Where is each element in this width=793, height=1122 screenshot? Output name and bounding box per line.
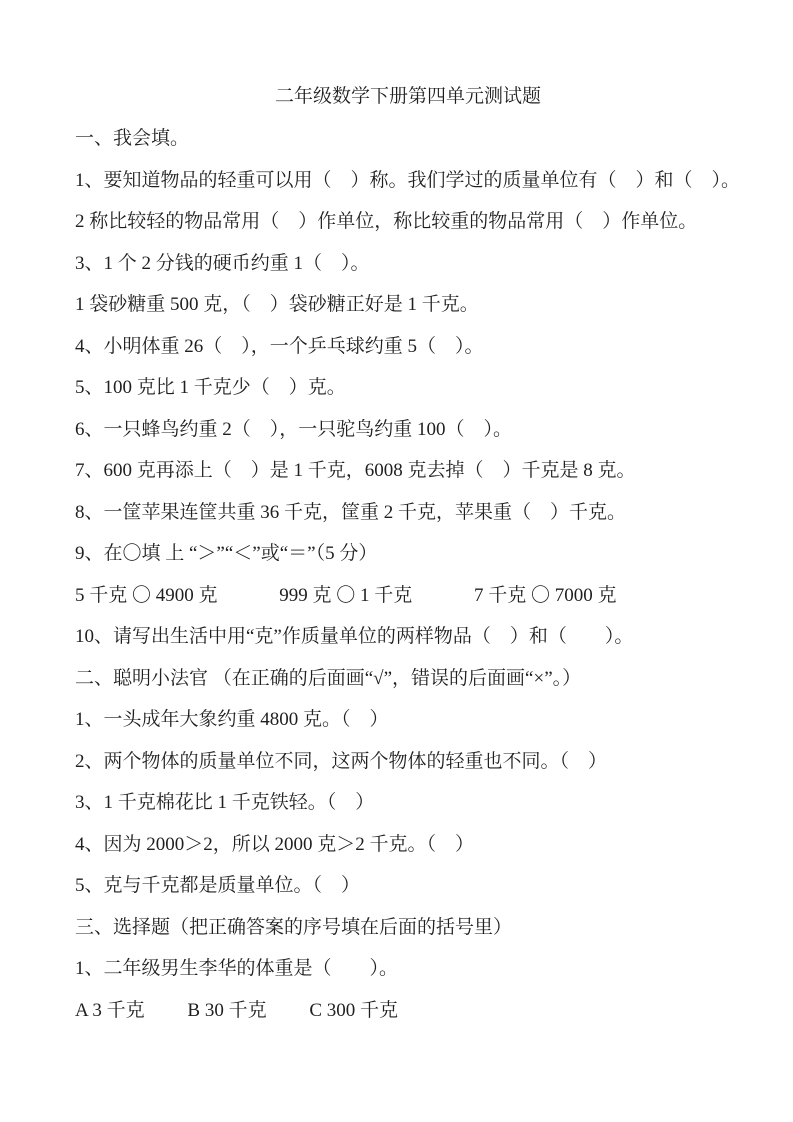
fill-q2: 2 称比较轻的物品常用（ ）作单位，称比较重的物品常用（ ）作单位。 [75,201,741,243]
fill-q5: 5、100 克比 1 千克少（ ）克。 [75,367,741,409]
fill-q1: 1、要知道物品的轻重可以用（ ）称。我们学过的质量单位有（ ）和（ ）。 [75,160,741,202]
document-title: 二年级数学下册第四单元测试题 [75,76,741,118]
section-heading-choice: 三、选择题（把正确答案的序号填在后面的括号里） [75,907,741,949]
worksheet-page: 二年级数学下册第四单元测试题 一、我会填。 1、要知道物品的轻重可以用（ ）称。… [0,0,793,1122]
fill-q4: 4、小明体重 26（ ），一个乒乓球约重 5（ ）。 [75,326,741,368]
choice-q1: 1、二年级男生李华的体重是（ ）。 [75,948,741,990]
fill-q7: 7、600 克再添上（ ）是 1 千克，6008 克去掉（ ）千克是 8 克。 [75,450,741,492]
fill-q3: 3、1 个 2 分钱的硬币约重 1（ ）。 [75,243,741,285]
judge-q3: 3、1 千克棉花比 1 千克铁轻。（ ） [75,782,741,824]
fill-q8: 8、一筐苹果连筐共重 36 千克，筐重 2 千克，苹果重（ ）千克。 [75,492,741,534]
judge-q5: 5、克与千克都是质量单位。（ ） [75,865,741,907]
fill-q6: 6、一只蜂鸟约重 2（ ），一只驼鸟约重 100（ ）。 [75,409,741,451]
section-heading-fill: 一、我会填。 [75,118,741,160]
section-heading-judge: 二、聪明小法官 （在正确的后面画“√”，错误的后面画“×”。） [75,658,741,700]
fill-q3-sugar: 1 袋砂糖重 500 克，（ ）袋砂糖正好是 1 千克。 [75,284,741,326]
judge-q2: 2、两个物体的质量单位不同，这两个物体的轻重也不同。（ ） [75,741,741,783]
fill-q10: 10、请写出生活中用“克”作质量单位的两样物品（ ）和（ ）。 [75,616,741,658]
judge-q1: 1、一头成年大象约重 4800 克。（ ） [75,699,741,741]
fill-q9: 9、在〇填 上 “＞”“＜”或“＝”（5 分） [75,533,741,575]
fill-q9-comparisons: 5 千克 〇 4900 克 999 克 〇 1 千克 7 千克 〇 7000 克 [75,575,741,617]
choice-q1-options: A 3 千克 B 30 千克 C 300 千克 [75,990,741,1032]
judge-q4: 4、因为 2000＞2，所以 2000 克＞2 千克。（ ） [75,824,741,866]
